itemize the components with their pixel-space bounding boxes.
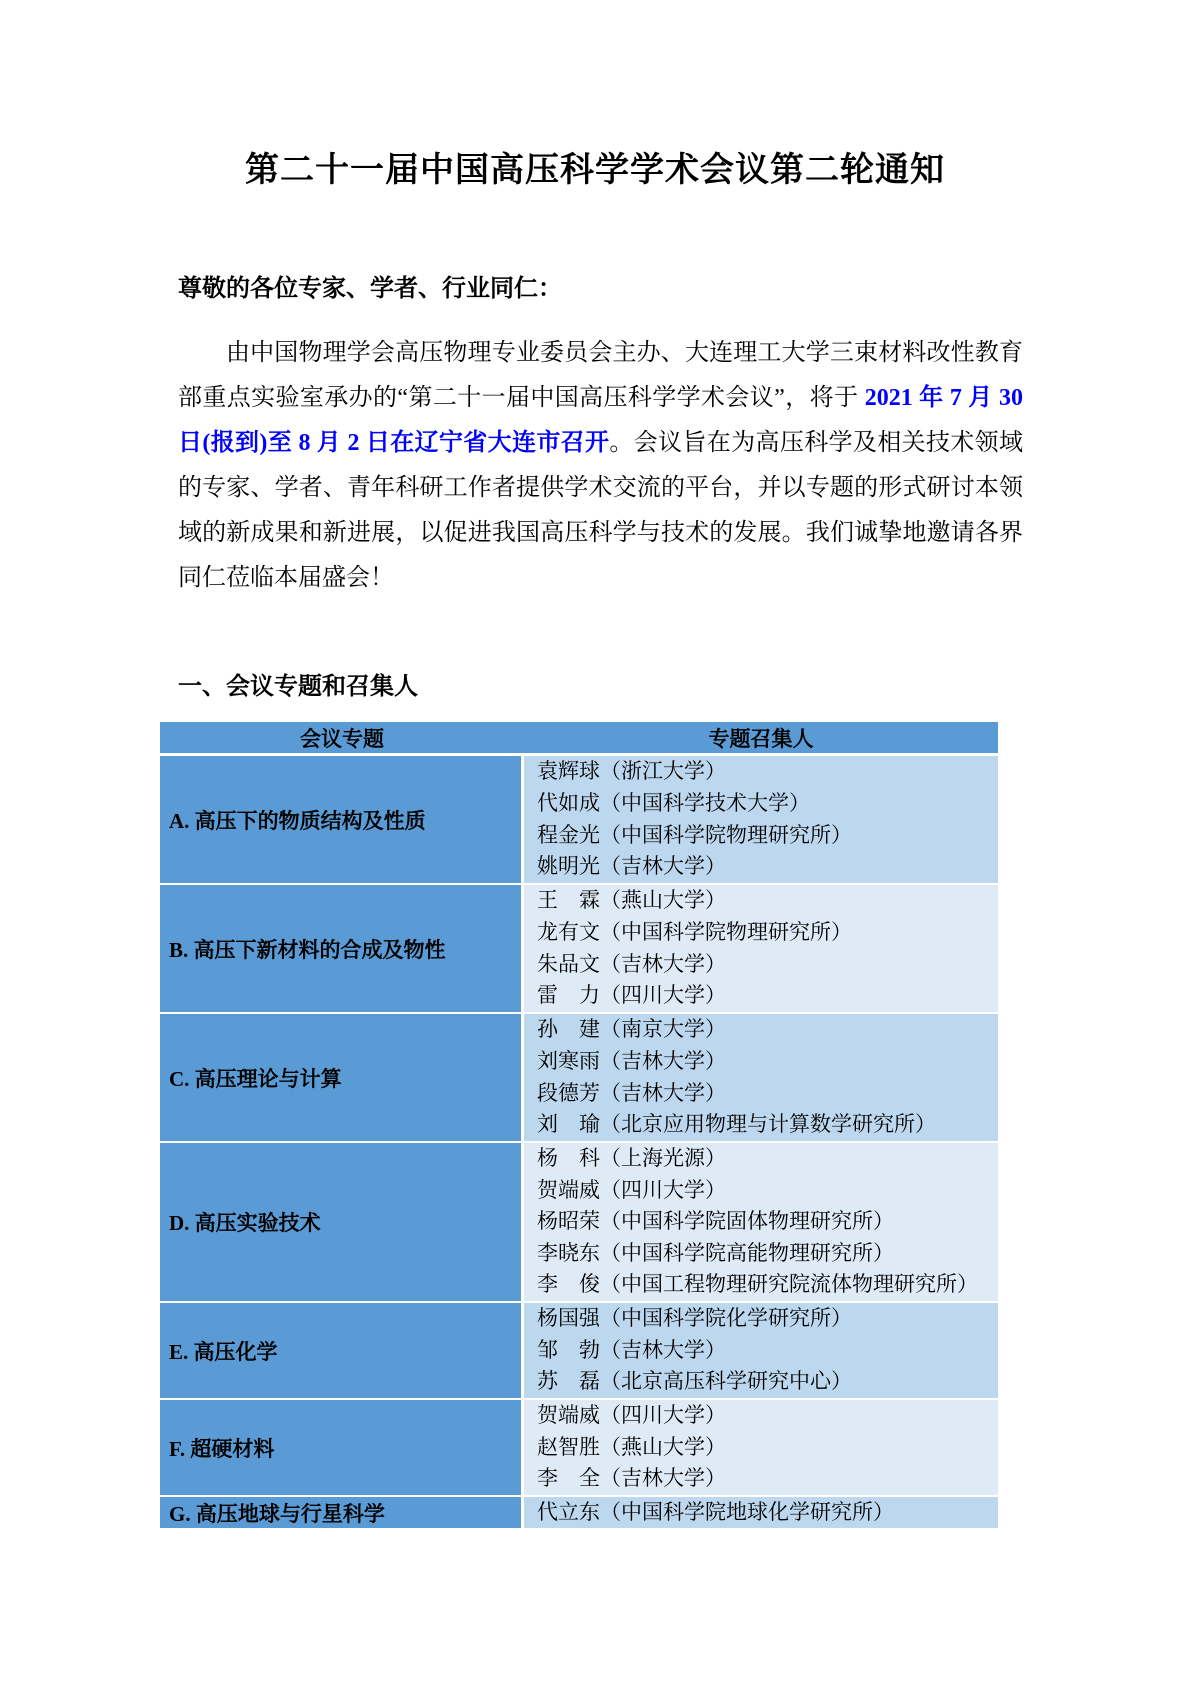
convener-cell: 袁辉球（浙江大学） 代如成（中国科学技术大学） 程金光（中国科学院物理研究所） … [524, 756, 998, 883]
convener-line: 邹 勃（吉林大学） [537, 1335, 998, 1367]
table-row-g: G. 高压地球与行星科学 代立东（中国科学院地球化学研究所） [160, 1497, 998, 1528]
convener-line: 苏 磊（北京高压科学研究中心） [537, 1366, 998, 1398]
table-row-d: D. 高压实验技术 杨 科（上海光源） 贺端威（四川大学） 杨昭荣（中国科学院固… [160, 1143, 998, 1301]
convener-line: 杨 科（上海光源） [537, 1143, 998, 1175]
topic-label: D. 高压实验技术 [169, 1207, 321, 1237]
convener-line: 姚明光（吉林大学） [537, 851, 998, 883]
topic-label: F. 超硬材料 [169, 1433, 274, 1463]
topics-table: 会议专题 专题召集人 A. 高压下的物质结构及性质 袁辉球（浙江大学） 代如成（… [160, 722, 998, 1530]
convener-line: 段德芳（吉林大学） [537, 1078, 998, 1110]
convener-line: 李晓东（中国科学院高能物理研究所） [537, 1238, 998, 1270]
convener-cell: 杨 科（上海光源） 贺端威（四川大学） 杨昭荣（中国科学院固体物理研究所） 李晓… [524, 1143, 998, 1301]
convener-line: 龙有文（中国科学院物理研究所） [537, 917, 998, 949]
topic-label: G. 高压地球与行星科学 [169, 1498, 385, 1528]
topic-label: C. 高压理论与计算 [169, 1063, 342, 1093]
document-page: 第二十一届中国高压科学学术会议第二轮通知 尊敬的各位专家、学者、行业同仁： 由中… [0, 0, 1190, 1684]
table-row-c: C. 高压理论与计算 孙 建（南京大学） 刘寒雨（吉林大学） 段德芳（吉林大学）… [160, 1014, 998, 1141]
convener-line: 李 俊（中国工程物理研究院流体物理研究所） [537, 1269, 998, 1301]
table-row-f: F. 超硬材料 贺端威（四川大学） 赵智胜（燕山大学） 李 全（吉林大学） [160, 1400, 998, 1495]
convener-line: 孙 建（南京大学） [537, 1014, 998, 1046]
convener-cell: 杨国强（中国科学院化学研究所） 邹 勃（吉林大学） 苏 磊（北京高压科学研究中心… [524, 1303, 998, 1398]
convener-line: 王 霖（燕山大学） [537, 885, 998, 917]
table-row-e: E. 高压化学 杨国强（中国科学院化学研究所） 邹 勃（吉林大学） 苏 磊（北京… [160, 1303, 998, 1398]
convener-line: 朱品文（吉林大学） [537, 949, 998, 981]
convener-line: 贺端威（四川大学） [537, 1175, 998, 1207]
topic-label: B. 高压下新材料的合成及物性 [169, 934, 446, 964]
header-cell-convener: 专题召集人 [524, 723, 998, 753]
convener-line: 杨昭荣（中国科学院固体物理研究所） [537, 1206, 998, 1238]
table-header-row: 会议专题 专题召集人 [160, 722, 998, 753]
convener-line: 袁辉球（浙江大学） [537, 756, 998, 788]
convener-line: 代立东（中国科学院地球化学研究所） [537, 1497, 998, 1529]
topic-cell: F. 超硬材料 [160, 1400, 521, 1495]
topic-cell: E. 高压化学 [160, 1303, 521, 1398]
topic-cell: D. 高压实验技术 [160, 1143, 521, 1301]
topic-cell: G. 高压地球与行星科学 [160, 1497, 521, 1528]
salutation: 尊敬的各位专家、学者、行业同仁： [178, 268, 562, 303]
header-cell-topic: 会议专题 [160, 723, 524, 753]
section-heading: 一、会议专题和召集人 [178, 666, 418, 701]
table-row-a: A. 高压下的物质结构及性质 袁辉球（浙江大学） 代如成（中国科学技术大学） 程… [160, 756, 998, 883]
convener-line: 雷 力（四川大学） [537, 980, 998, 1012]
convener-line: 李 全（吉林大学） [537, 1463, 998, 1495]
convener-cell: 孙 建（南京大学） 刘寒雨（吉林大学） 段德芳（吉林大学） 刘 瑜（北京应用物理… [524, 1014, 998, 1141]
topic-label: E. 高压化学 [169, 1336, 278, 1366]
convener-cell: 代立东（中国科学院地球化学研究所） [524, 1497, 998, 1528]
convener-cell: 贺端威（四川大学） 赵智胜（燕山大学） 李 全（吉林大学） [524, 1400, 998, 1495]
intro-paragraph: 由中国物理学会高压物理专业委员会主办、大连理工大学三束材料改性教育部重点实验室承… [178, 331, 1023, 601]
topic-label: A. 高压下的物质结构及性质 [169, 805, 426, 835]
convener-line: 代如成（中国科学技术大学） [537, 788, 998, 820]
topic-cell: A. 高压下的物质结构及性质 [160, 756, 521, 883]
convener-line: 赵智胜（燕山大学） [537, 1432, 998, 1464]
convener-line: 刘 瑜（北京应用物理与计算数学研究所） [537, 1109, 998, 1141]
convener-cell: 王 霖（燕山大学） 龙有文（中国科学院物理研究所） 朱品文（吉林大学） 雷 力（… [524, 885, 998, 1012]
page-title: 第二十一届中国高压科学学术会议第二轮通知 [0, 142, 1190, 191]
convener-line: 杨国强（中国科学院化学研究所） [537, 1303, 998, 1335]
convener-line: 贺端威（四川大学） [537, 1400, 998, 1432]
convener-line: 刘寒雨（吉林大学） [537, 1046, 998, 1078]
topic-cell: B. 高压下新材料的合成及物性 [160, 885, 521, 1012]
topic-cell: C. 高压理论与计算 [160, 1014, 521, 1141]
convener-line: 程金光（中国科学院物理研究所） [537, 820, 998, 852]
table-row-b: B. 高压下新材料的合成及物性 王 霖（燕山大学） 龙有文（中国科学院物理研究所… [160, 885, 998, 1012]
